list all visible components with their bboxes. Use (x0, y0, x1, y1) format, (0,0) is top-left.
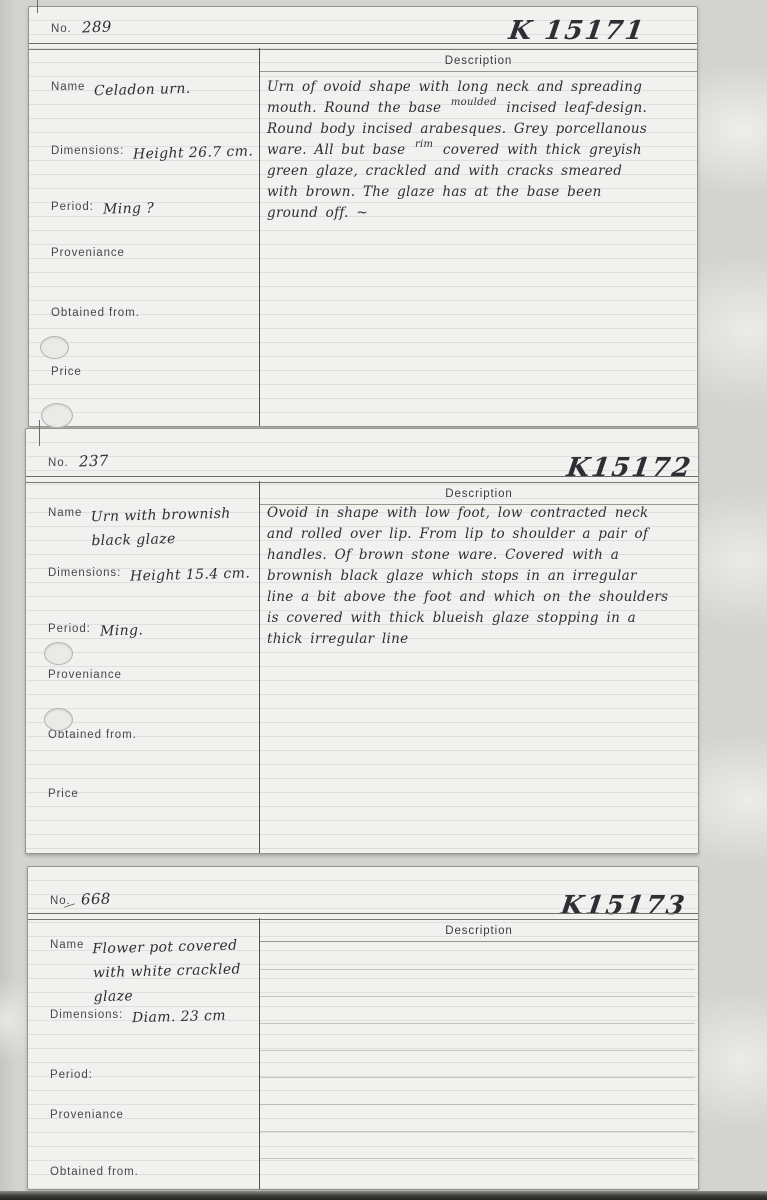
punch-hole (44, 642, 73, 665)
proveniance-field: Proveniance (51, 243, 125, 261)
period-label: Period: (51, 201, 94, 213)
period-label: Period: (48, 623, 91, 635)
obtained-from-label: Obtained from. (48, 729, 137, 741)
dimensions-field: Dimensions:Height 15.4 cm. (48, 563, 250, 587)
description-line: with brown. The glaze has at the base be… (267, 182, 689, 203)
name-field: NameCeladon urn. (51, 77, 269, 101)
dimensions-label: Dimensions: (51, 145, 124, 157)
description-line: line a bit above the foot and which on t… (267, 587, 690, 608)
description-header: Description (260, 50, 697, 72)
obtained-from-label: Obtained from. (50, 1166, 139, 1178)
name-label: Name (51, 81, 85, 93)
description-line: Round body incised arabesques. Grey porc… (267, 119, 689, 140)
name-value: Celadon urn. (94, 75, 270, 104)
period-value: Ming ? (102, 196, 154, 221)
description-line: Ovoid in shape with low foot, low contra… (267, 503, 690, 524)
name-label: Name (48, 507, 82, 519)
name-value: Flower pot covered with white crackled g… (92, 933, 269, 1010)
description-line: Urn of ovoid shape with long neck and sp… (267, 77, 689, 98)
name-field: NameFlower pot covered with white crackl… (50, 935, 268, 1007)
dimensions-field: Dimensions:Diam. 23 cm (50, 1005, 226, 1029)
pencil-mark (39, 420, 40, 446)
description-line: is covered with thick blueish glaze stop… (267, 608, 690, 629)
period-label: Period: (50, 1069, 93, 1081)
price-field: Price (48, 784, 79, 802)
description-line: brownish black glaze which stops in an i… (267, 566, 690, 587)
punch-hole (41, 403, 73, 428)
header-rule (28, 913, 698, 920)
description-text: Ovoid in shape with low foot, low contra… (267, 503, 690, 650)
column-divider (259, 48, 260, 426)
obtained-from-field: Obtained from. (50, 1162, 139, 1180)
name-label: Name (50, 939, 84, 951)
obtained-from-label: Obtained from. (51, 307, 140, 319)
name-field: NameUrn with brownish black glaze (48, 503, 266, 551)
period-value: Ming. (99, 618, 143, 643)
card-number-row: No.237 (48, 452, 108, 471)
description-text: Urn of ovoid shape with long neck and sp… (267, 77, 689, 224)
pencil-mark (37, 0, 38, 13)
description-header: Description (260, 920, 698, 942)
punch-hole (40, 336, 69, 359)
dimensions-field: Dimensions:Height 26.7 cm. (51, 141, 253, 165)
proveniance-label: Proveniance (50, 1109, 124, 1121)
no-value: 289 (81, 17, 111, 36)
no-label: No. (48, 457, 69, 469)
header-rule (29, 43, 697, 50)
proveniance-field: Proveniance (48, 665, 122, 683)
period-field: Period: (50, 1065, 93, 1083)
description-line: ware. All but base rim covered with thic… (267, 140, 689, 161)
dimensions-label: Dimensions: (48, 567, 121, 579)
description-line: ground off. ~ (267, 203, 689, 224)
inserted-word: rim (415, 139, 433, 150)
description-line: handles. Of brown stone ware. Covered wi… (267, 545, 690, 566)
price-label: Price (51, 366, 82, 378)
no-label: No. (51, 23, 72, 35)
period-field: Period:Ming. (48, 619, 143, 643)
obtained-from-field: Obtained from. (51, 303, 140, 321)
proveniance-label: Proveniance (48, 669, 122, 681)
period-field: Period:Ming ? (51, 197, 154, 221)
punch-hole (44, 708, 73, 731)
description-line: mouth. Round the base moulded incised le… (267, 98, 689, 119)
dimensions-value: Height 15.4 cm. (130, 561, 251, 588)
scanned-catalog-page: { "colors": { "ink": "#2e2e34", "card_ba… (0, 0, 767, 1200)
no-value: 668 (80, 889, 110, 908)
dimensions-label: Dimensions: (50, 1009, 123, 1021)
catalog-card-3: No.668 K15173 Description NameFlower pot… (27, 866, 699, 1190)
name-value: Urn with brownish black glaze (91, 501, 267, 554)
description-line: thick irregular line (267, 629, 690, 650)
header-rule (26, 476, 698, 483)
catalog-card-2: No.237 K15172 Description NameUrn with b… (25, 428, 699, 854)
scan-edge-bar (0, 1191, 767, 1200)
dimensions-value: Height 26.7 cm. (133, 139, 254, 166)
price-field: Price (51, 362, 82, 380)
card-number-row: No.668 (50, 890, 110, 909)
card-number-row: No.289 (51, 18, 111, 37)
inserted-word: moulded (451, 97, 497, 108)
description-header: Description (260, 483, 698, 505)
k-number: K 15171 (507, 16, 647, 46)
no-value: 237 (78, 451, 108, 470)
price-label: Price (48, 788, 79, 800)
proveniance-field: Proveniance (50, 1105, 124, 1123)
catalog-card-1: No.289 K 15171 Description NameCeladon u… (28, 6, 698, 427)
description-line: green glaze, crackled and with cracks sm… (267, 161, 689, 182)
dimensions-value: Diam. 23 cm (132, 1004, 227, 1030)
description-line: and rolled over lip. From lip to shoulde… (267, 524, 690, 545)
description-ruled-lines (260, 943, 695, 1185)
proveniance-label: Proveniance (51, 247, 125, 259)
